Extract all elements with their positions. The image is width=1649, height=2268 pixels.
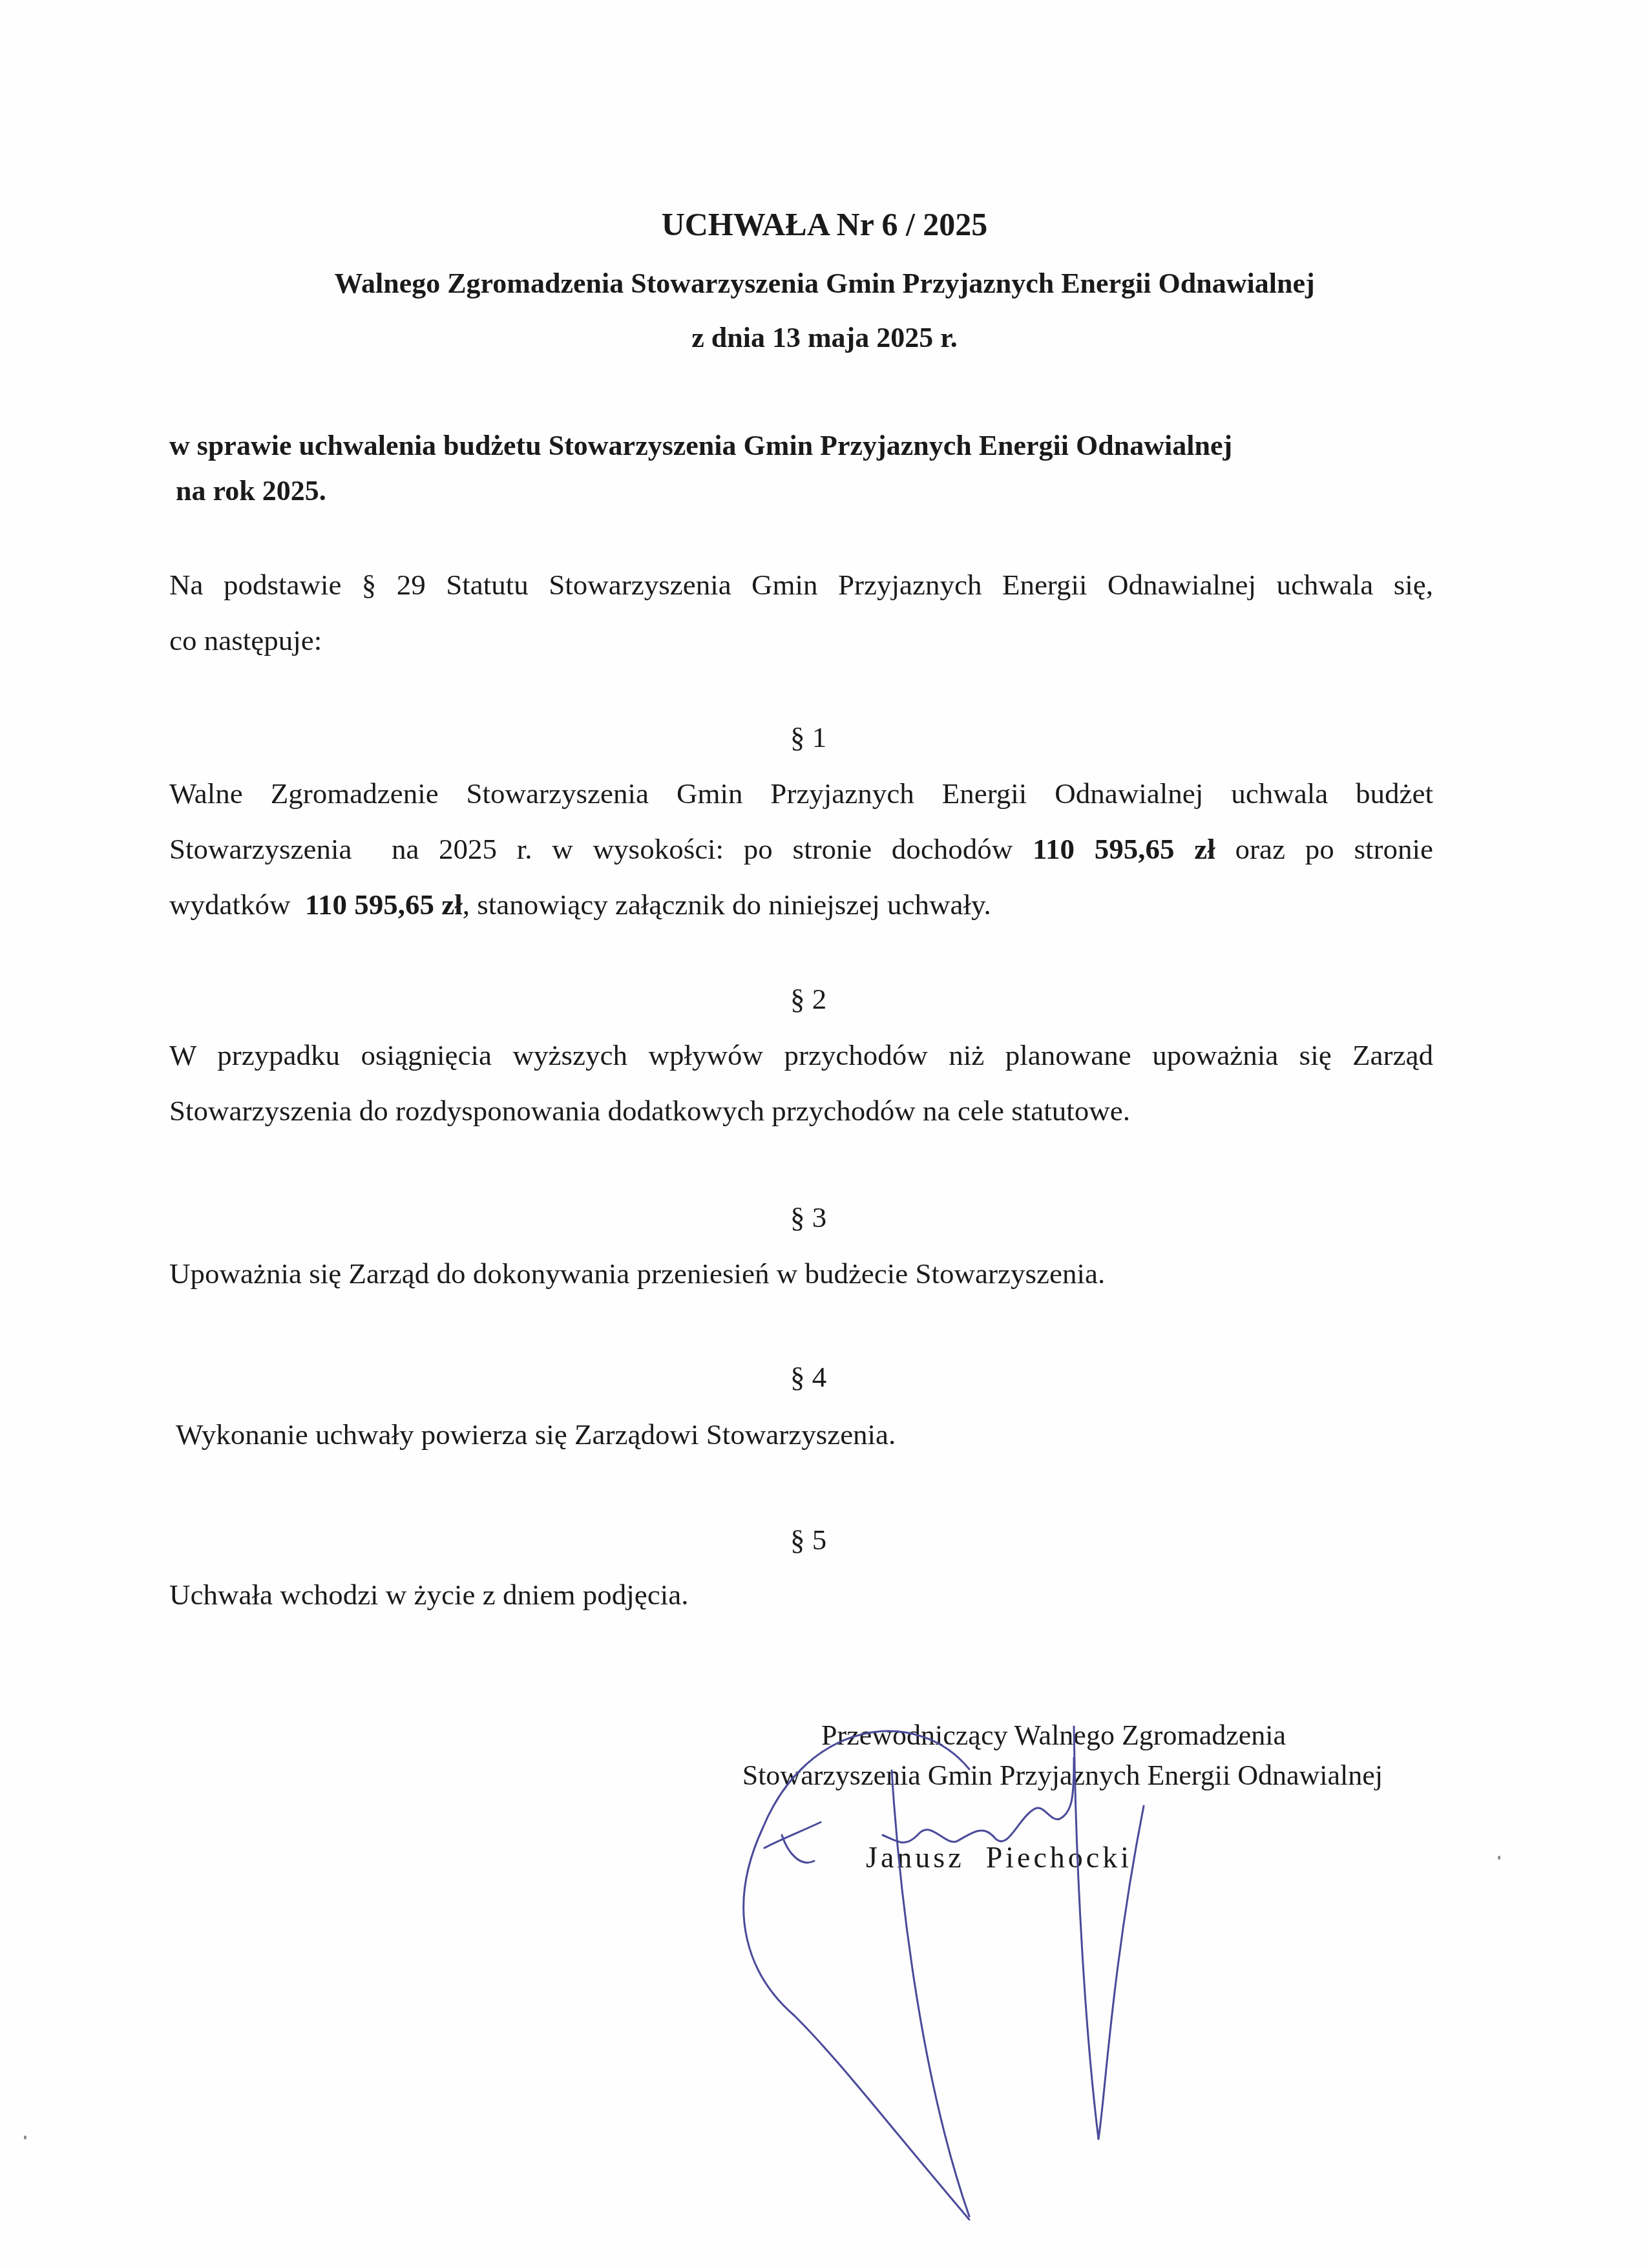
section-5-mark: § 5 [0,1523,1617,1557]
section-3-text: Upoważnia się Zarząd do dokonywania prze… [169,1246,1433,1301]
section-1-line-3b: , stanowiący załącznik do niniejszej uch… [463,888,991,921]
document-date: z dnia 13 maja 2025 r. [0,321,1649,354]
section-2-line-2: Stowarzyszenia do rozdysponowania dodatk… [169,1083,1433,1139]
section-1-line-3: wydatków 110 595,65 zł, stanowiący załąc… [169,877,1433,932]
section-5-text: Uchwała wchodzi w życie z dniem podjęcia… [169,1567,1433,1622]
section-2-mark: § 2 [0,982,1617,1016]
expense-amount: 110 595,65 zł [305,888,463,921]
section-1-line-2: Stowarzyszenia na 2025 r. w wysokości: p… [169,821,1433,877]
section-4-mark: § 4 [0,1360,1617,1394]
signature-role-line-1: Przewodniczący Walnego Zgromadzenia [672,1716,1383,1756]
section-1-line-2a: Stowarzyszenia na 2025 r. w wysokości: p… [169,833,1033,865]
section-4-text: Wykonanie uchwały powierza się Zarządowi… [176,1407,1440,1462]
document-page: UCHWAŁA Nr 6 / 2025 Walnego Zgromadzenia… [0,0,1649,2268]
section-1-mark: § 1 [0,720,1617,754]
section-5-line-1: Uchwała wchodzi w życie z dniem podjęcia… [169,1567,1433,1622]
signature-role: Przewodniczący Walnego Zgromadzenia Stow… [672,1716,1383,1796]
section-3-mark: § 3 [0,1201,1617,1234]
section-1-line-3a: wydatków [169,888,305,921]
scan-speck [1498,1856,1500,1860]
preamble-line-2: co następuje: [169,613,1433,668]
subject-line-2: na rok 2025. [169,468,1397,514]
subject-line-1: w sprawie uchwalenia budżetu Stowarzysze… [169,423,1397,468]
section-2-line-1: W przypadku osiągnięcia wyższych wpływów… [169,1027,1433,1083]
signature-role-line-2: Stowarzyszenia Gmin Przyjaznych Energii … [672,1756,1383,1796]
scan-speck [24,2136,26,2139]
document-issuer: Walnego Zgromadzenia Stowarzyszenia Gmin… [0,267,1649,300]
section-1-text: Walne Zgromadzenie Stowarzyszenia Gmin P… [169,766,1433,932]
document-title: UCHWAŁA Nr 6 / 2025 [0,205,1649,243]
income-amount: 110 595,65 zł [1033,833,1215,865]
section-3-line-1: Upoważnia się Zarząd do dokonywania prze… [169,1246,1433,1301]
document-subject: w sprawie uchwalenia budżetu Stowarzysze… [169,423,1397,514]
preamble: Na podstawie § 29 Statutu Stowarzyszenia… [169,557,1433,668]
section-4-line-1: Wykonanie uchwały powierza się Zarządowi… [176,1407,1440,1462]
section-2-text: W przypadku osiągnięcia wyższych wpływów… [169,1027,1433,1139]
signatory-name: Janusz Piechocki [866,1840,1132,1874]
section-1-line-2b: oraz po stronie [1215,833,1433,865]
preamble-line-1: Na podstawie § 29 Statutu Stowarzyszenia… [169,557,1433,613]
section-1-line-1: Walne Zgromadzenie Stowarzyszenia Gmin P… [169,766,1433,821]
